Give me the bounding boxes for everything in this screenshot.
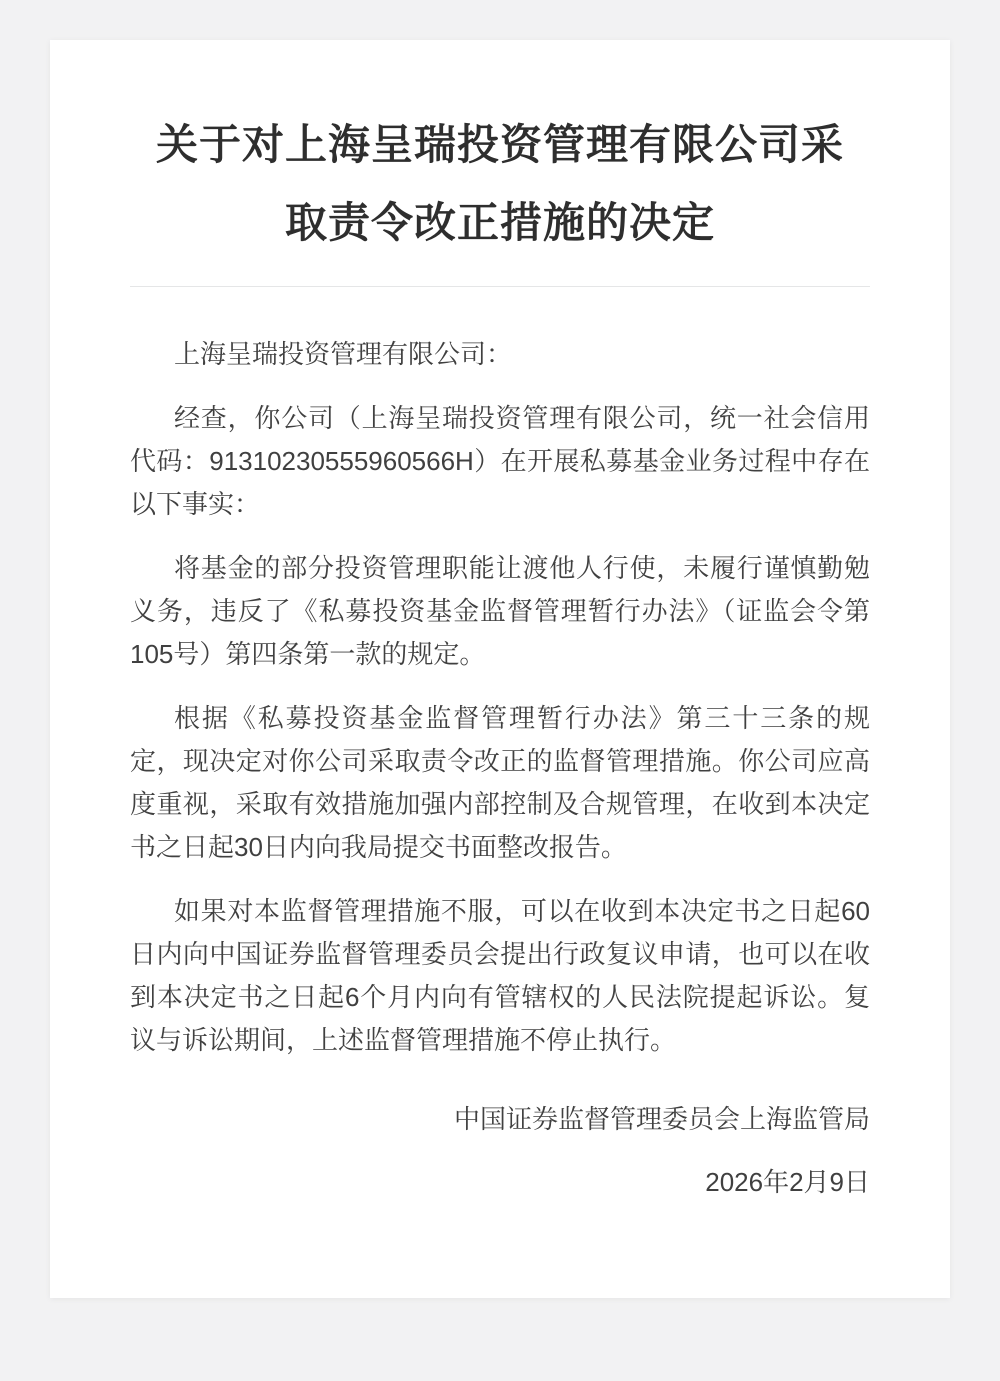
document-card: 关于对上海呈瑞投资管理有限公司采取责令改正措施的决定 上海呈瑞投资管理有限公司：… — [50, 40, 950, 1298]
paragraph-violation: 将基金的部分投资管理职能让渡他人行使，未履行谨慎勤勉义务，违反了《私募投资基金监… — [130, 547, 870, 676]
paragraph-decision: 根据《私募投资基金监督管理暂行办法》第三十三条的规定，现决定对你公司采取责令改正… — [130, 697, 870, 869]
page-background: { "document": { "title": "关于对上海呈瑞投资管理有限公… — [0, 40, 1000, 1381]
paragraph-appeal-rights: 如果对本监督管理措施不服，可以在收到本决定书之日起60日内向中国证券监督管理委员… — [130, 890, 870, 1062]
document-body: 上海呈瑞投资管理有限公司： 经查，你公司（上海呈瑞投资管理有限公司，统一社会信用… — [130, 333, 870, 1204]
document-title: 关于对上海呈瑞投资管理有限公司采取责令改正措施的决定 — [150, 106, 850, 262]
title-divider — [130, 286, 870, 287]
issuer-signature: 中国证券监督管理委员会上海监管局 — [130, 1098, 870, 1141]
issue-date: 2026年2月9日 — [130, 1161, 870, 1204]
salutation: 上海呈瑞投资管理有限公司： — [130, 333, 870, 376]
paragraph-facts-intro: 经查，你公司（上海呈瑞投资管理有限公司，统一社会信用代码：91310230555… — [130, 397, 870, 526]
